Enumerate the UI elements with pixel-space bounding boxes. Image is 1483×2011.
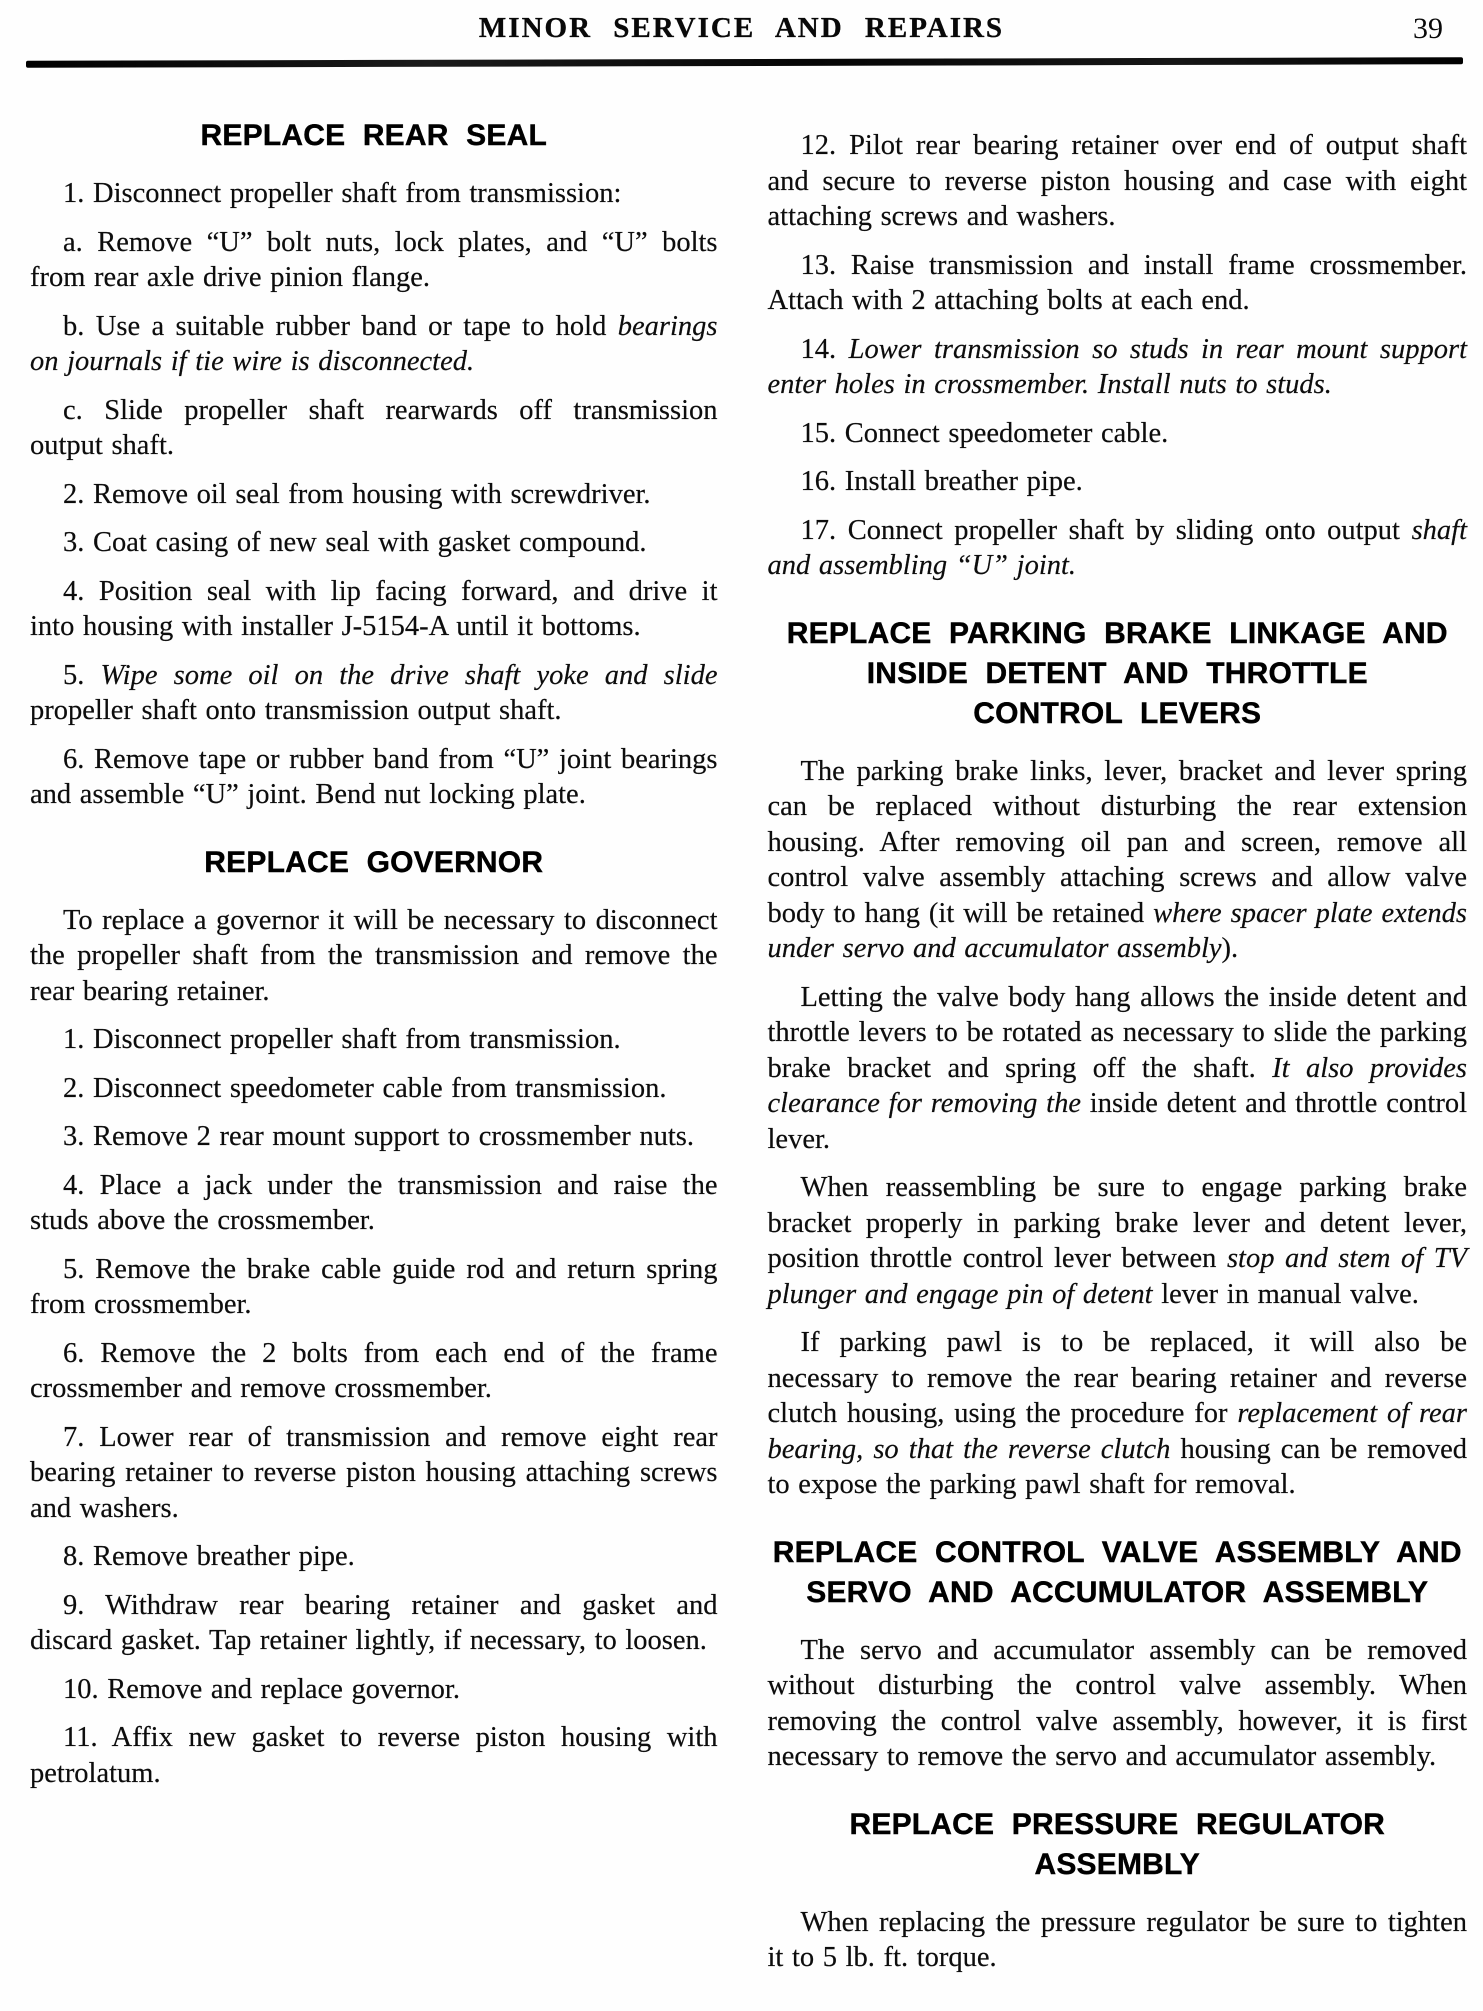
paragraph: 1. Disconnect propeller shaft from trans… [30,176,718,212]
paragraph: 10. Remove and replace governor. [30,1672,718,1708]
heading-line: REPLACE REAR SEAL [30,116,718,156]
paragraph: 1. Disconnect propeller shaft from trans… [30,1022,718,1058]
paragraph: 16. Install breather pipe. [768,464,1468,500]
paragraph: 15. Connect speedometer cable. [768,416,1468,452]
paragraph: 5. Wipe some oil on the drive shaft yoke… [30,658,718,729]
paragraph: b. Use a suitable rubber band or tape to… [30,309,718,380]
two-column-text: REPLACE REAR SEAL1. Disconnect propeller… [0,66,1483,1989]
paragraph: 3. Coat casing of new seal with gasket c… [30,525,718,561]
paragraph: The servo and accumulator assembly can b… [768,1633,1468,1775]
section-heading: REPLACE REAR SEAL [30,116,718,156]
page-header: MINOR SERVICE AND REPAIRS 39 [0,0,1483,50]
paragraph: To replace a governor it will be necessa… [30,903,718,1010]
heading-line: REPLACE PARKING BRAKE LINKAGE AND [768,614,1468,654]
paragraph: 17. Connect propeller shaft by sliding o… [768,513,1468,584]
paragraph: 6. Remove tape or rubber band from “U” j… [30,742,718,813]
paragraph: 11. Affix new gasket to reverse piston h… [30,1720,718,1791]
paragraph: When replacing the pressure regulator be… [768,1905,1468,1976]
section-heading: REPLACE GOVERNOR [30,843,718,883]
heading-line: REPLACE GOVERNOR [30,843,718,883]
paragraph: 2. Remove oil seal from housing with scr… [30,477,718,513]
paragraph: 7. Lower rear of transmission and remove… [30,1420,718,1527]
section-heading: REPLACE PARKING BRAKE LINKAGE ANDINSIDE … [768,614,1468,734]
paragraph: 8. Remove breather pipe. [30,1539,718,1575]
paragraph: 2. Disconnect speedometer cable from tra… [30,1071,718,1107]
section-heading: REPLACE CONTROL VALVE ASSEMBLY ANDSERVO … [768,1533,1468,1613]
manual-page: MINOR SERVICE AND REPAIRS 39 REPLACE REA… [0,0,1483,2011]
paragraph: The parking brake links, lever, bracket … [768,754,1468,967]
running-head: MINOR SERVICE AND REPAIRS [0,12,1483,45]
paragraph: Letting the valve body hang allows the i… [768,980,1468,1158]
left-column: REPLACE REAR SEAL1. Disconnect propeller… [30,114,718,1804]
paragraph: 5. Remove the brake cable guide rod and … [30,1252,718,1323]
paragraph: 4. Place a jack under the transmission a… [30,1168,718,1239]
paragraph: a. Remove “U” bolt nuts, lock plates, an… [30,225,718,296]
heading-line: REPLACE CONTROL VALVE ASSEMBLY AND [768,1533,1468,1573]
paragraph: 6. Remove the 2 bolts from each end of t… [30,1336,718,1407]
heading-line: CONTROL LEVERS [768,694,1468,734]
paragraph: 13. Raise transmission and install frame… [768,248,1468,319]
paragraph: 12. Pilot rear bearing retainer over end… [768,128,1468,235]
paragraph: 9. Withdraw rear bearing retainer and ga… [30,1588,718,1659]
paragraph: c. Slide propeller shaft rearwards off t… [30,393,718,464]
paragraph: 3. Remove 2 rear mount support to crossm… [30,1119,718,1155]
paragraph: 14. Lower transmission so studs in rear … [768,332,1468,403]
right-column: 12. Pilot rear bearing retainer over end… [768,114,1468,1989]
paragraph: When reassembling be sure to engage park… [768,1170,1468,1312]
paragraph: If parking pawl is to be replaced, it wi… [768,1325,1468,1503]
heading-line: REPLACE PRESSURE REGULATOR ASSEMBLY [768,1805,1468,1885]
paragraph: 4. Position seal with lip facing forward… [30,574,718,645]
heading-line: INSIDE DETENT AND THROTTLE [768,654,1468,694]
section-heading: REPLACE PRESSURE REGULATOR ASSEMBLY [768,1805,1468,1885]
heading-line: SERVO AND ACCUMULATOR ASSEMBLY [768,1573,1468,1613]
page-number: 39 [1413,12,1443,46]
